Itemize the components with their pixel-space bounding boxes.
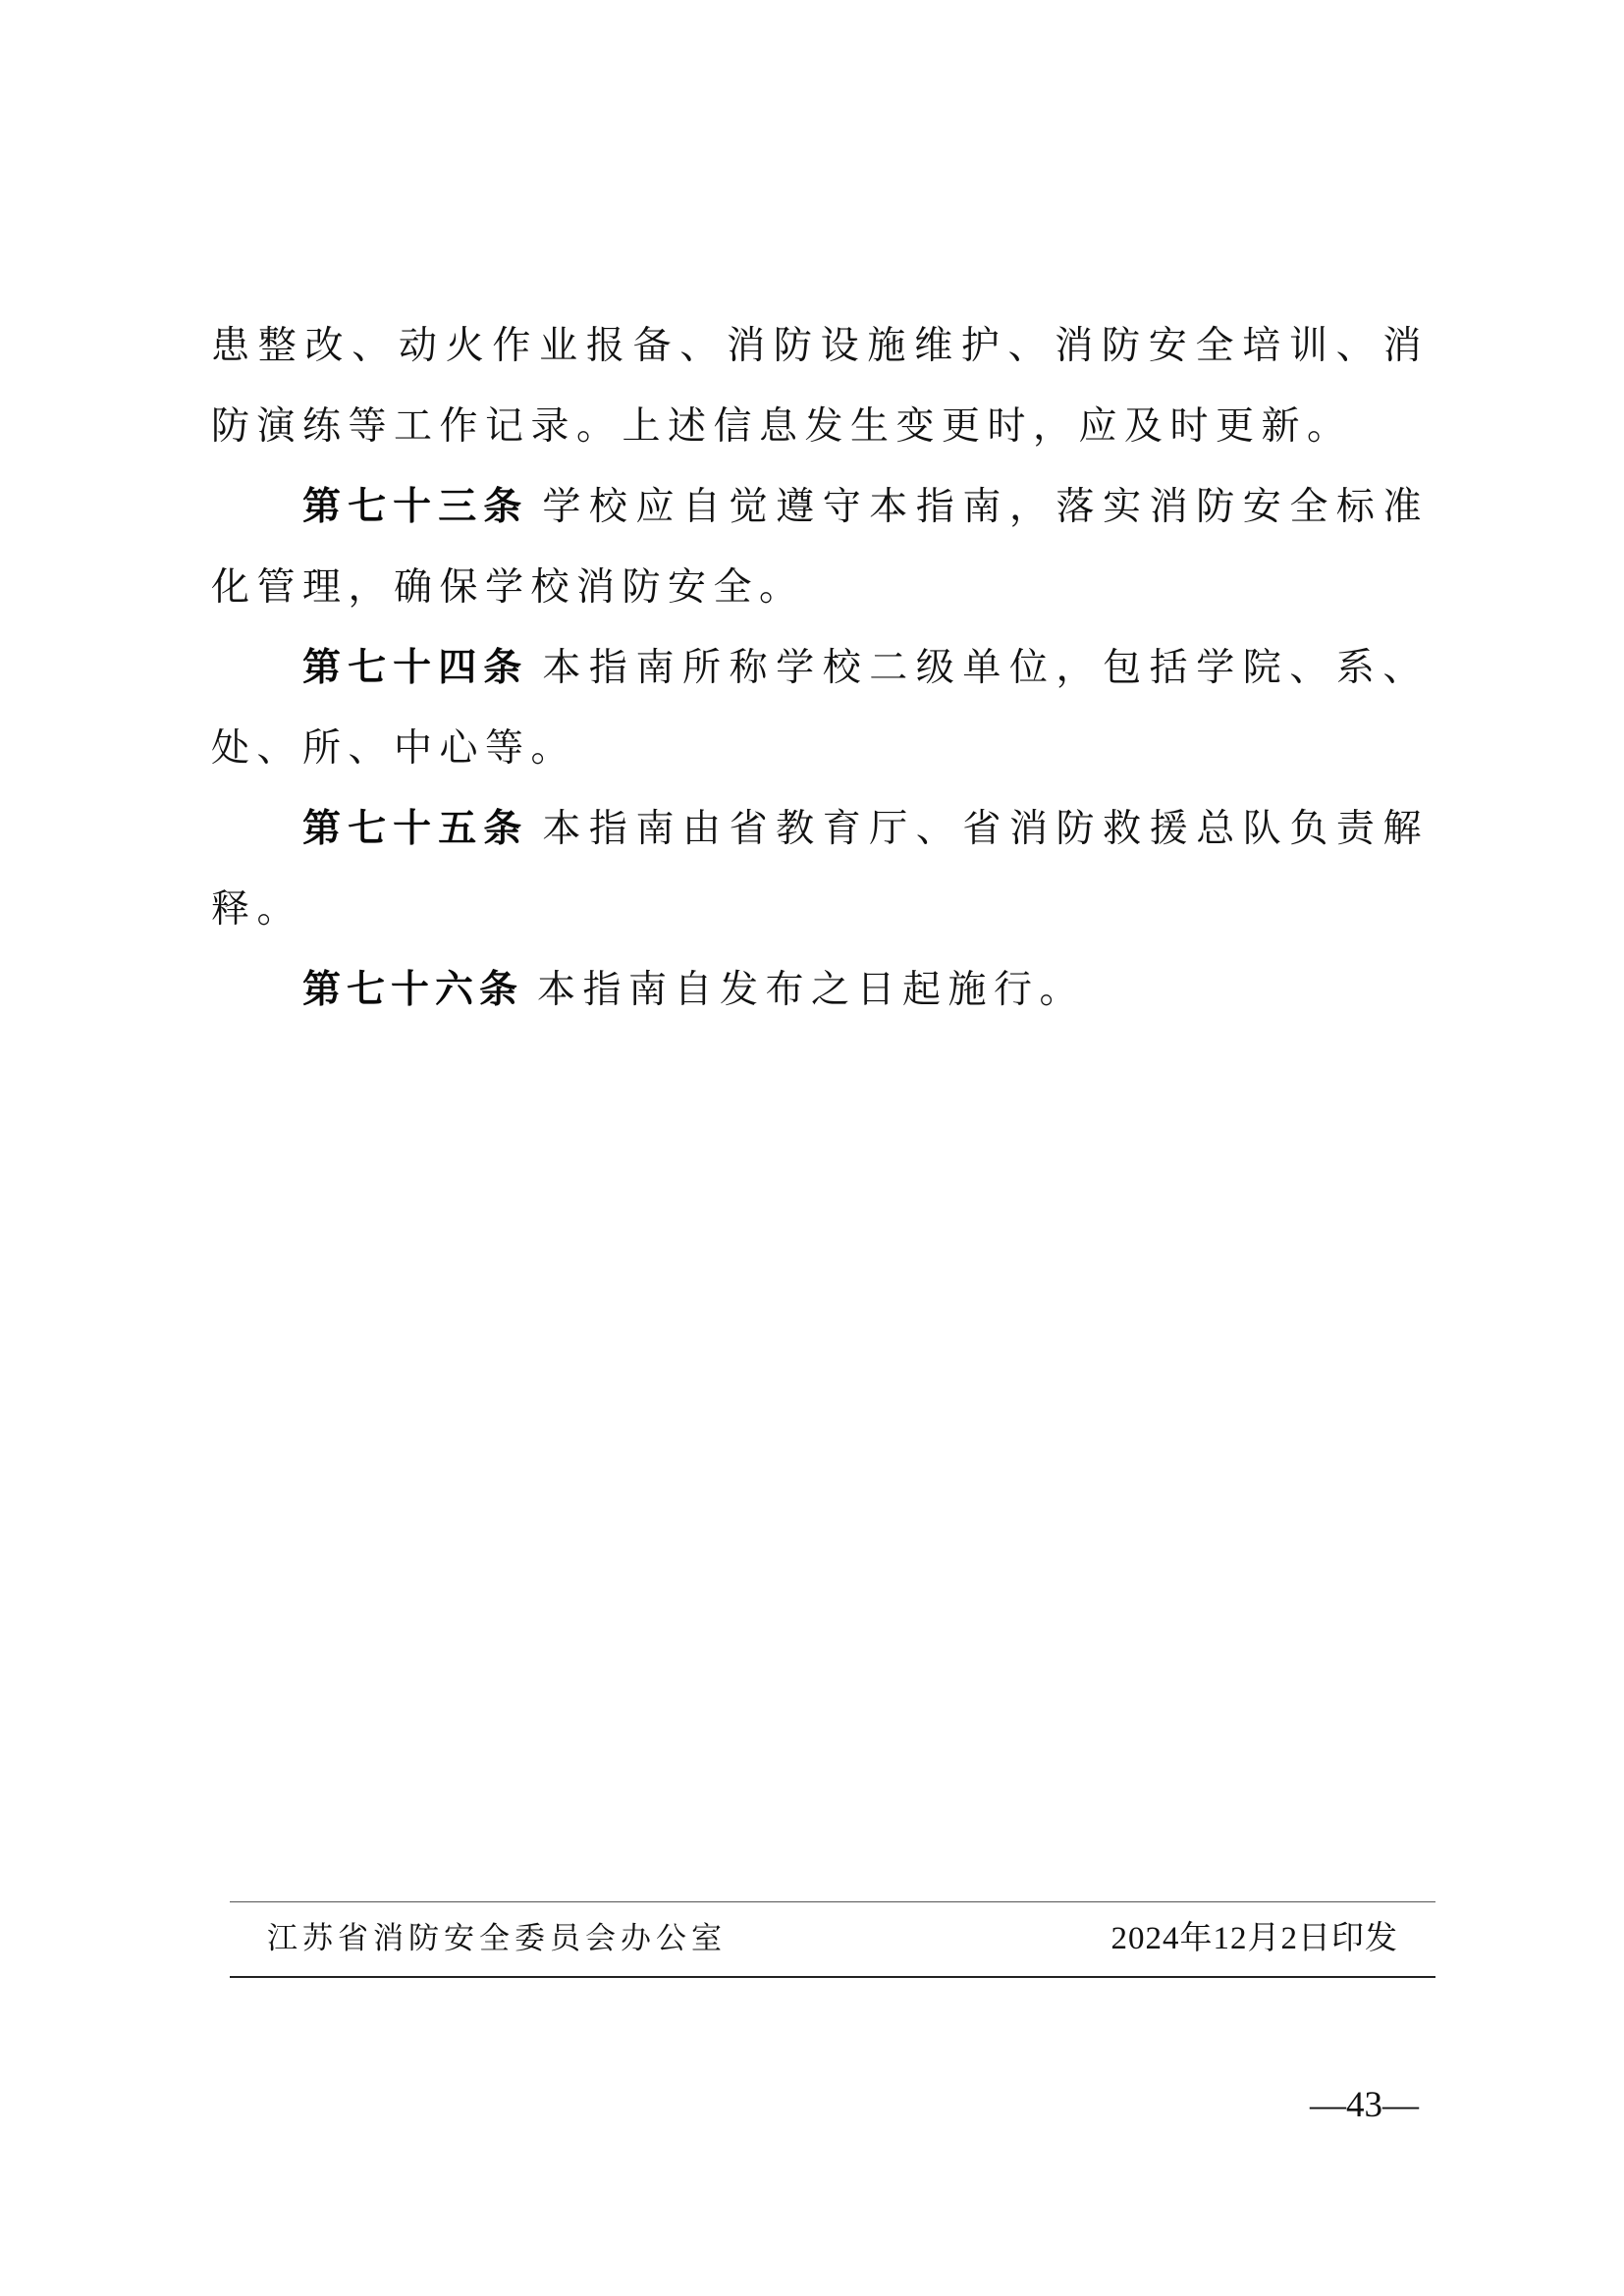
document-body: 患整改、动火作业报备、消防设施维护、消防安全培训、消防演练等工作记录。上述信息发… bbox=[211, 306, 1429, 1031]
article-label: 第七十六条 bbox=[302, 968, 523, 1012]
article-label: 第七十五条 bbox=[302, 807, 528, 851]
article-75: 第七十五条本指南由省教育厅、省消防救援总队负责解释。 bbox=[211, 789, 1429, 950]
footer-issue-date: 2024年12月2日印发 bbox=[1111, 1919, 1399, 1958]
continuation-paragraph: 患整改、动火作业报备、消防设施维护、消防安全培训、消防演练等工作记录。上述信息发… bbox=[211, 306, 1429, 467]
footer-top-rule bbox=[230, 1901, 1435, 1902]
article-label: 第七十四条 bbox=[302, 646, 528, 690]
article-text: 本指南自发布之日起施行。 bbox=[537, 968, 1085, 1012]
footer-bottom-rule bbox=[230, 1976, 1435, 1978]
issuance-footer: 江苏省消防安全委员会办公室 2024年12月2日印发 bbox=[230, 1901, 1435, 1978]
document-page: 患整改、动火作业报备、消防设施维护、消防安全培训、消防演练等工作记录。上述信息发… bbox=[0, 0, 1624, 2296]
article-74: 第七十四条本指南所称学校二级单位，包括学院、系、处、所、中心等。 bbox=[211, 628, 1429, 789]
page-number: —43— bbox=[1310, 2085, 1419, 2126]
article-label: 第七十三条 bbox=[302, 485, 528, 529]
article-76: 第七十六条本指南自发布之日起施行。 bbox=[211, 950, 1429, 1031]
footer-issuer: 江苏省消防安全委员会办公室 bbox=[267, 1919, 727, 1958]
article-73: 第七十三条学校应自觉遵守本指南，落实消防安全标准化管理，确保学校消防安全。 bbox=[211, 467, 1429, 628]
